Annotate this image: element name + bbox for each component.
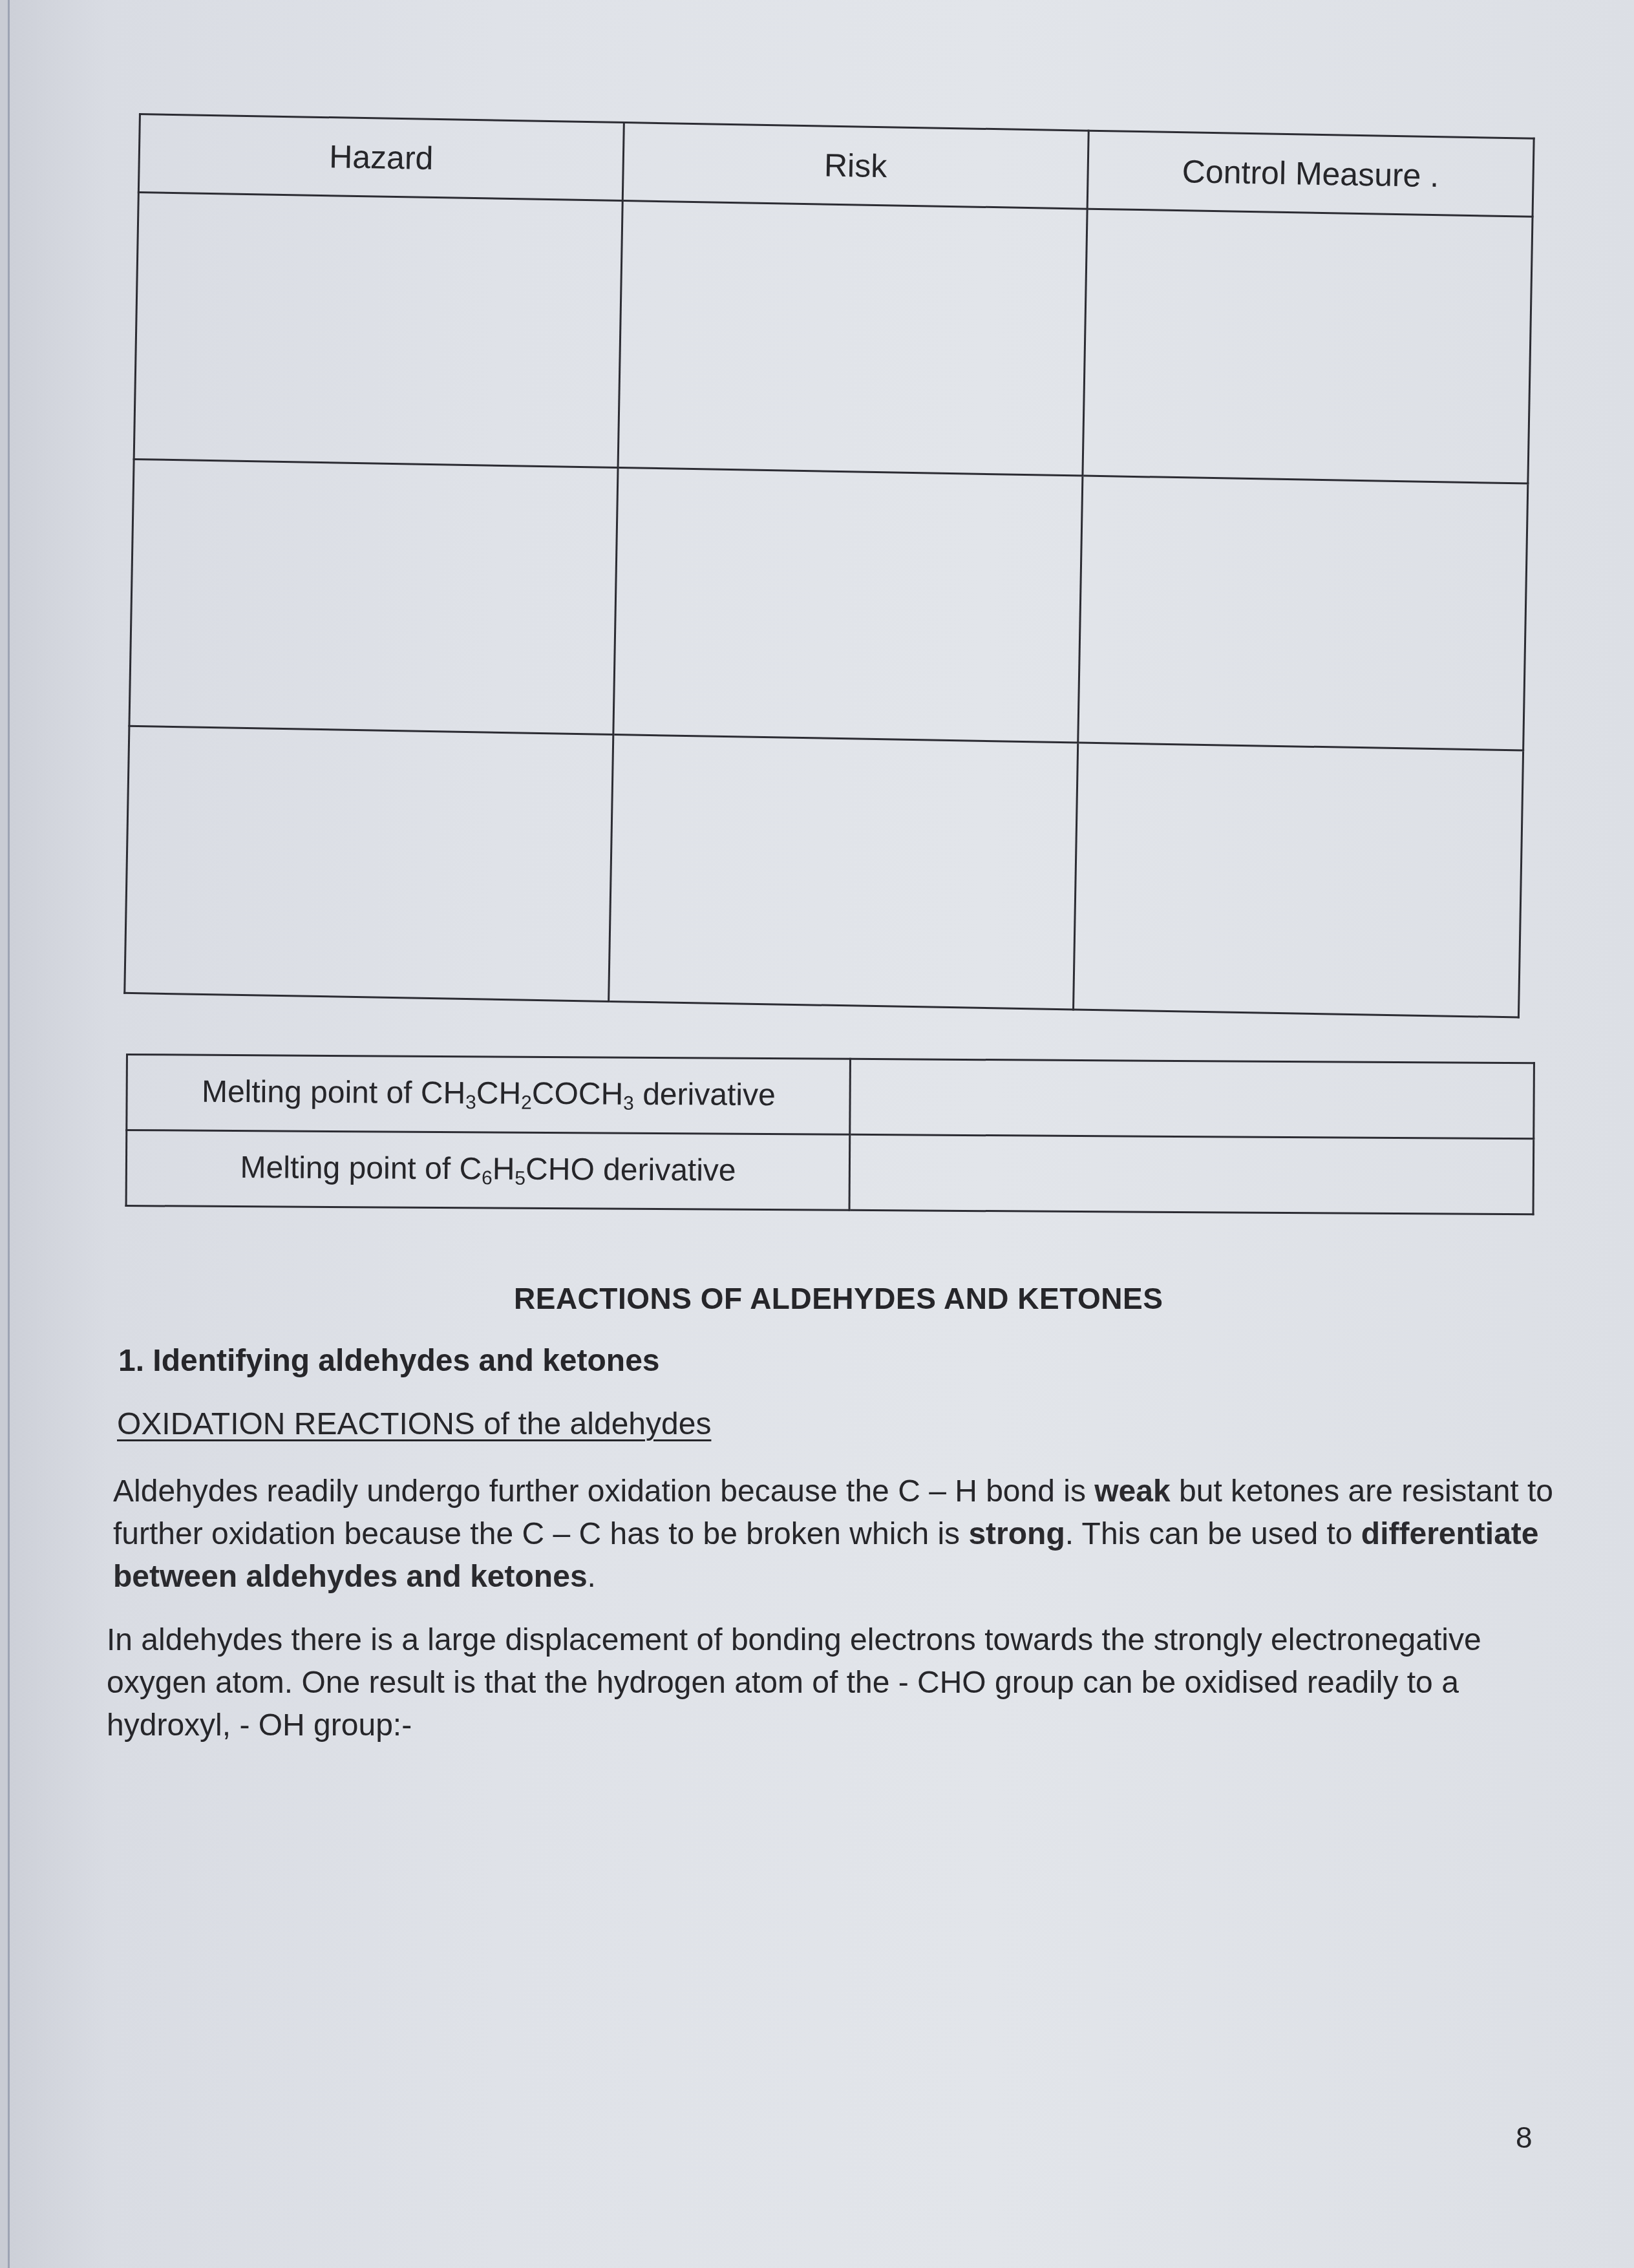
table-row: Melting point of C6H5CHO derivative [126,1130,1534,1214]
risk-cell[interactable] [613,468,1083,743]
oxidation-heading: OXIDATION REACTIONS of the aldehydes [117,1406,711,1442]
melting-point-label-benzaldehyde: Melting point of C6H5CHO derivative [126,1130,850,1211]
page-number: 8 [1516,2120,1533,2155]
melting-point-table: Melting point of CH3CH2COCH3 derivative … [125,1054,1535,1215]
hazard-cell[interactable] [125,726,613,1001]
hazard-cell[interactable] [134,193,622,468]
table-row: Melting point of CH3CH2COCH3 derivative [127,1055,1534,1139]
melting-point-value-benzaldehyde[interactable] [849,1134,1533,1214]
control-measure-cell[interactable] [1083,209,1533,483]
header-control-measure: Control Measure . [1087,131,1534,217]
subsection-heading: 1. Identifying aldehydes and ketones [118,1343,660,1379]
risk-cell[interactable] [609,734,1078,1009]
table-row [129,459,1528,750]
table-row [125,726,1523,1017]
hazard-cell[interactable] [129,459,618,734]
paragraph-displacement: In aldehydes there is a large displaceme… [107,1619,1554,1747]
paragraph-oxidation: Aldehydes readily undergo further oxidat… [113,1470,1561,1598]
table-row [134,193,1533,484]
control-measure-cell[interactable] [1078,476,1528,750]
section-title: REACTIONS OF ALDEHYDES AND KETONES [514,1281,1163,1316]
melting-point-label-butanone: Melting point of CH3CH2COCH3 derivative [127,1055,851,1135]
risk-assessment-table: Hazard Risk Control Measure . [123,113,1534,1018]
header-hazard: Hazard [138,114,624,201]
document-page: Hazard Risk Control Measure . [8,0,1634,2268]
header-risk: Risk [622,123,1088,209]
risk-cell[interactable] [618,201,1087,476]
melting-point-value-butanone[interactable] [850,1059,1534,1138]
control-measure-cell[interactable] [1073,743,1523,1017]
